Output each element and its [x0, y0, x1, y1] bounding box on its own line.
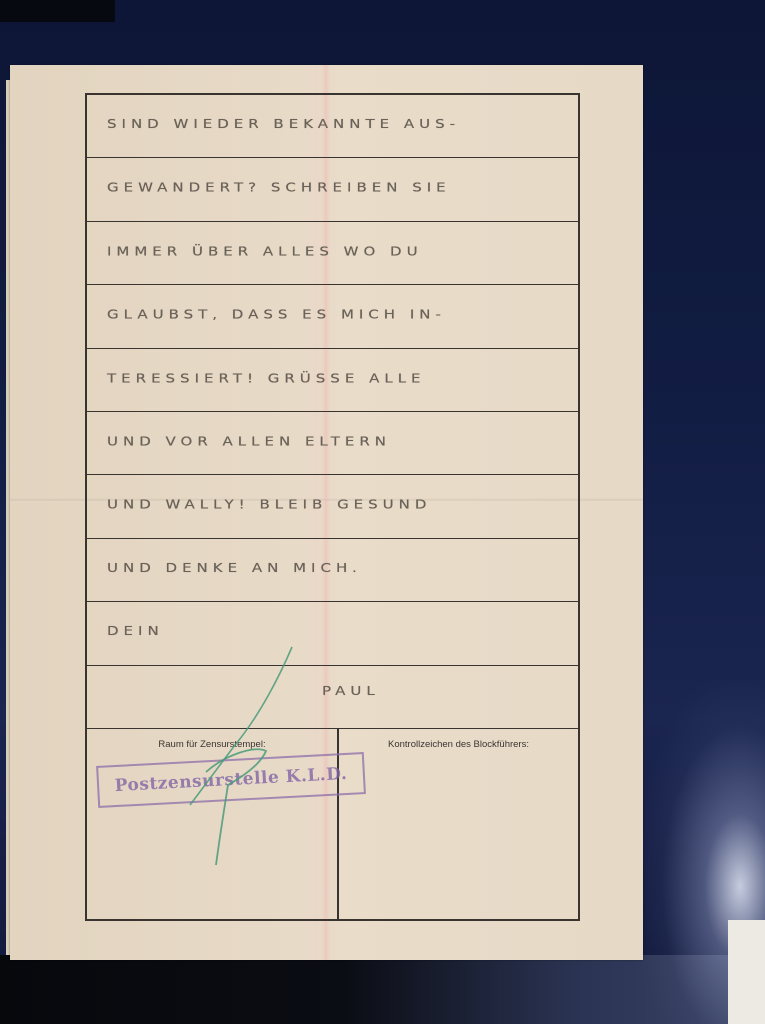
censor-stamp: Postzensurstelle K.L.D.: [96, 752, 366, 808]
censor-stamp-text: Postzensurstelle K.L.D.: [114, 764, 348, 796]
censor-stamp-label: Raum für Zensurstempel:: [87, 739, 337, 750]
line-row: DEIN: [87, 602, 578, 665]
block-leader-box: Kontrollzeichen des Blockführers:: [339, 729, 578, 919]
handwritten-closing: DEIN: [107, 623, 164, 638]
line-row: TERESSIERT! GRÜSSE ALLE: [87, 349, 578, 412]
handwritten-line: GLAUBST, DASS ES MICH IN-: [107, 307, 446, 322]
handwritten-line: IMMER ÜBER ALLES WO DU: [107, 243, 423, 258]
handwritten-line: UND DENKE AN MICH.: [107, 560, 362, 575]
ruled-form: SIND WIEDER BEKANNTE AUS- GEWANDERT? SCH…: [85, 93, 580, 921]
handwritten-signature: PAUL: [322, 683, 380, 698]
line-row: IMMER ÜBER ALLES WO DU: [87, 222, 578, 285]
handwritten-line: TERESSIERT! GRÜSSE ALLE: [107, 370, 426, 385]
footer-section: Raum für Zensurstempel: Postzensurstelle…: [87, 729, 578, 919]
line-row: SIND WIEDER BEKANNTE AUS-: [87, 95, 578, 158]
block-leader-label: Kontrollzeichen des Blockführers:: [339, 739, 578, 750]
handwritten-line: GEWANDERT? SCHREIBEN SIE: [107, 180, 451, 195]
letter-sheet: SIND WIEDER BEKANNTE AUS- GEWANDERT? SCH…: [10, 65, 643, 960]
censor-stamp-box: Raum für Zensurstempel: Postzensurstelle…: [87, 729, 339, 919]
line-row: PAUL: [87, 666, 578, 729]
line-row: GEWANDERT? SCHREIBEN SIE: [87, 158, 578, 221]
line-row: UND WALLY! BLEIB GESUND: [87, 475, 578, 538]
handwritten-line: UND WALLY! BLEIB GESUND: [107, 497, 431, 512]
line-row: GLAUBST, DASS ES MICH IN-: [87, 285, 578, 348]
handwritten-line: UND VOR ALLEN ELTERN: [107, 433, 391, 448]
light-reflection-bright: [728, 920, 765, 1024]
line-row: UND VOR ALLEN ELTERN: [87, 412, 578, 475]
background-shadow: [0, 0, 115, 22]
line-row: UND DENKE AN MICH.: [87, 539, 578, 602]
handwritten-line: SIND WIEDER BEKANNTE AUS-: [107, 116, 460, 131]
